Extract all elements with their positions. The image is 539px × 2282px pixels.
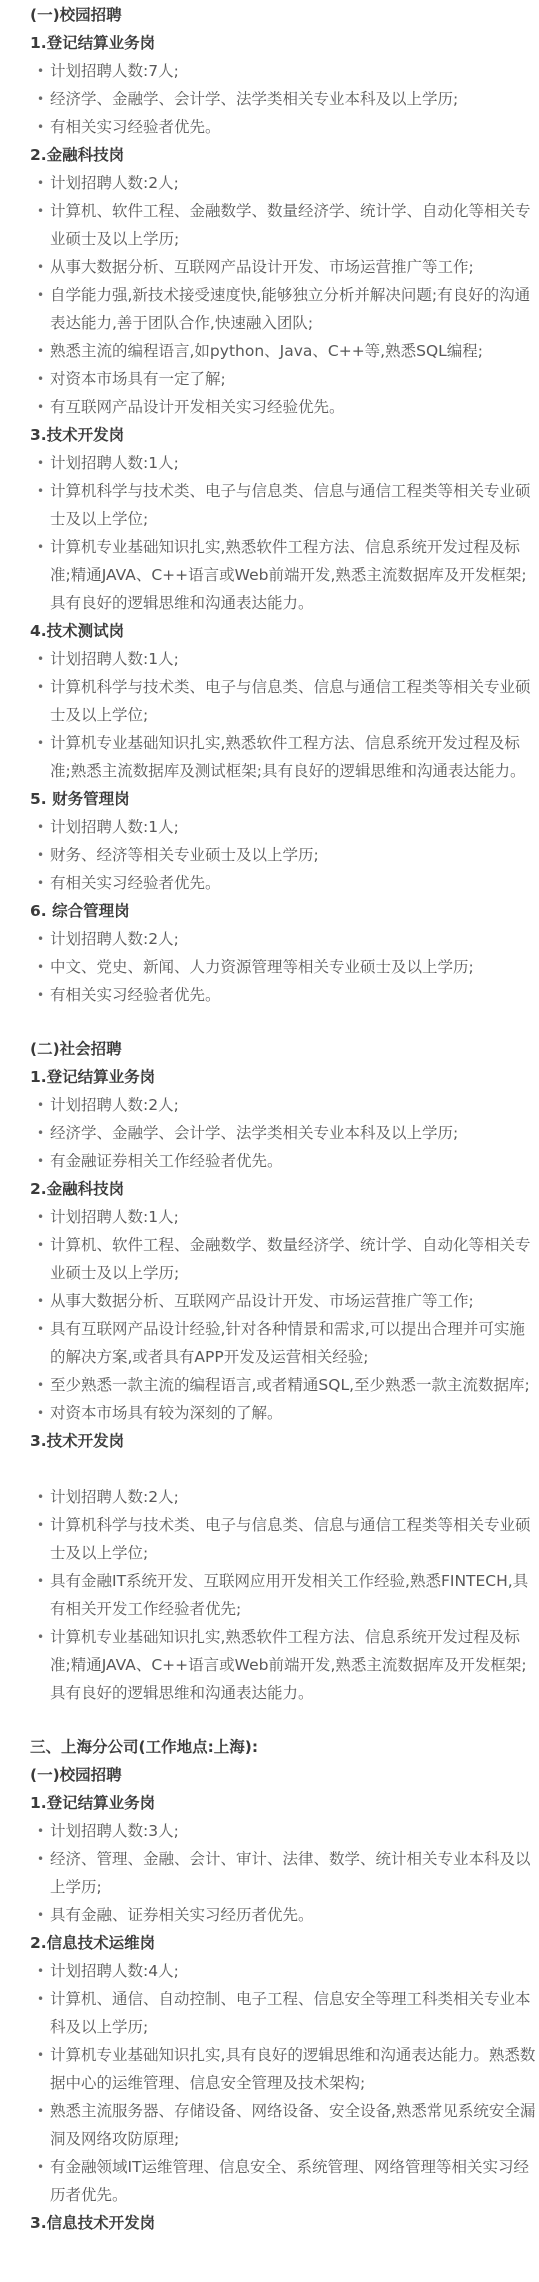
requirement-item: •计划招聘人数:7人;	[30, 57, 537, 85]
bullet-icon: •	[37, 365, 44, 393]
requirement-text: 有金融领域IT运维管理、信息安全、系统管理、网络管理等相关实习经历者优先。	[50, 2158, 529, 2204]
bullet-icon: •	[37, 841, 44, 869]
bullet-icon: •	[37, 2153, 44, 2181]
requirement-text: 从事大数据分析、互联网产品设计开发、市场运营推广等工作;	[50, 1292, 474, 1310]
bullet-icon: •	[37, 1957, 44, 1985]
requirement-item: •计划招聘人数:2人;	[30, 169, 537, 197]
requirement-item: •计划招聘人数:2人;	[30, 1483, 537, 1511]
requirement-text: 计算机科学与技术类、电子与信息类、信息与通信工程类等相关专业硕士及以上学位;	[50, 482, 531, 528]
requirement-item: •计划招聘人数:1人;	[30, 645, 537, 673]
requirement-item: •至少熟悉一款主流的编程语言,或者精通SQL,至少熟悉一款主流数据库;	[30, 1371, 537, 1399]
requirement-text: 有金融证券相关工作经验者优先。	[50, 1152, 283, 1170]
requirement-item: •计算机科学与技术类、电子与信息类、信息与通信工程类等相关专业硕士及以上学位;	[30, 1511, 537, 1567]
bullet-icon: •	[37, 869, 44, 897]
job-title: 3.技术开发岗	[30, 1427, 537, 1455]
requirement-text: 对资本市场具有一定了解;	[50, 370, 226, 388]
recruitment-document: (一)校园招聘1.登记结算业务岗•计划招聘人数:7人;•经济学、金融学、会计学、…	[0, 0, 539, 2282]
requirement-list: •计划招聘人数:3人;•经济、管理、金融、会计、审计、法律、数学、统计相关专业本…	[30, 1817, 537, 1929]
bullet-icon: •	[37, 1567, 44, 1595]
requirement-item: •计划招聘人数:1人;	[30, 1203, 537, 1231]
requirement-item: •具有互联网产品设计经验,针对各种情景和需求,可以提出合理并可实施的解决方案,或…	[30, 1315, 537, 1371]
job-title: 3.信息技术开发岗	[30, 2209, 537, 2237]
requirement-text: 熟悉主流的编程语言,如python、Java、C++等,熟悉SQL编程;	[50, 342, 483, 360]
requirement-item: •有相关实习经验者优先。	[30, 113, 537, 141]
requirement-text: 计算机专业基础知识扎实,熟悉软件工程方法、信息系统开发过程及标准;精通JAVA、…	[50, 1628, 527, 1702]
requirement-list: •计划招聘人数:7人;•经济学、金融学、会计学、法学类相关专业本科及以上学历;•…	[30, 57, 537, 141]
bullet-icon: •	[37, 169, 44, 197]
bullet-icon: •	[37, 1119, 44, 1147]
requirement-item: •从事大数据分析、互联网产品设计开发、市场运营推广等工作;	[30, 1287, 537, 1315]
requirement-list: •计划招聘人数:2人;•计算机、软件工程、金融数学、数量经济学、统计学、自动化等…	[30, 169, 537, 421]
requirement-text: 计划招聘人数:3人;	[50, 1822, 179, 1840]
requirement-text: 经济学、金融学、会计学、法学类相关专业本科及以上学历;	[50, 90, 458, 108]
requirement-item: •财务、经济等相关专业硕士及以上学历;	[30, 841, 537, 869]
requirement-item: •计划招聘人数:4人;	[30, 1957, 537, 1985]
bullet-icon: •	[37, 1203, 44, 1231]
requirement-item: •计划招聘人数:3人;	[30, 1817, 537, 1845]
requirement-item: •中文、党史、新闻、人力资源管理等相关专业硕士及以上学历;	[30, 953, 537, 981]
section-heading: (二)社会招聘	[30, 1035, 537, 1063]
job-title: 1.登记结算业务岗	[30, 29, 537, 57]
bullet-icon: •	[37, 85, 44, 113]
requirement-list: •计划招聘人数:1人;•计算机、软件工程、金融数学、数量经济学、统计学、自动化等…	[30, 1203, 537, 1427]
bullet-icon: •	[37, 197, 44, 225]
company-heading: 三、上海分公司(工作地点:上海):	[30, 1733, 537, 1761]
requirement-item: •计划招聘人数:2人;	[30, 925, 537, 953]
requirement-text: 计划招聘人数:1人;	[50, 650, 179, 668]
bullet-icon: •	[37, 113, 44, 141]
bullet-icon: •	[37, 1845, 44, 1873]
requirement-text: 经济学、金融学、会计学、法学类相关专业本科及以上学历;	[50, 1124, 458, 1142]
requirement-item: •经济学、金融学、会计学、法学类相关专业本科及以上学历;	[30, 1119, 537, 1147]
job-title: 4.技术测试岗	[30, 617, 537, 645]
requirement-item: •熟悉主流服务器、存储设备、网络设备、安全设备,熟悉常见系统安全漏洞及网络攻防原…	[30, 2097, 537, 2153]
requirement-item: •计算机、通信、自动控制、电子工程、信息安全等理工科类相关专业本科及以上学历;	[30, 1985, 537, 2041]
requirement-text: 计算机科学与技术类、电子与信息类、信息与通信工程类等相关专业硕士及以上学位;	[50, 1516, 531, 1562]
requirement-list: •计划招聘人数:1人;•计算机科学与技术类、电子与信息类、信息与通信工程类等相关…	[30, 449, 537, 617]
bullet-icon: •	[37, 1231, 44, 1259]
bullet-icon: •	[37, 981, 44, 1009]
requirement-item: •计算机、软件工程、金融数学、数量经济学、统计学、自动化等相关专业硕士及以上学历…	[30, 197, 537, 253]
requirement-text: 有相关实习经验者优先。	[50, 986, 221, 1004]
bullet-icon: •	[37, 253, 44, 281]
requirement-item: •对资本市场具有较为深刻的了解。	[30, 1399, 537, 1427]
requirement-text: 具有互联网产品设计经验,针对各种情景和需求,可以提出合理并可实施的解决方案,或者…	[50, 1320, 525, 1366]
requirement-text: 计算机、软件工程、金融数学、数量经济学、统计学、自动化等相关专业硕士及以上学历;	[50, 202, 531, 248]
requirement-text: 中文、党史、新闻、人力资源管理等相关专业硕士及以上学历;	[50, 958, 474, 976]
requirement-text: 计算机专业基础知识扎实,熟悉软件工程方法、信息系统开发过程及标准;熟悉主流数据库…	[50, 734, 525, 780]
requirement-text: 计算机专业基础知识扎实,熟悉软件工程方法、信息系统开发过程及标准;精通JAVA、…	[50, 538, 527, 612]
bullet-icon: •	[37, 953, 44, 981]
requirement-text: 具有金融IT系统开发、互联网应用开发相关工作经验,熟悉FINTECH,具有相关开…	[50, 1572, 528, 1618]
job-title: 2.金融科技岗	[30, 1175, 537, 1203]
job-title: 2.信息技术运维岗	[30, 1929, 537, 1957]
requirement-text: 计划招聘人数:1人;	[50, 1208, 179, 1226]
bullet-icon: •	[37, 1287, 44, 1315]
requirement-text: 经济、管理、金融、会计、审计、法律、数学、统计相关专业本科及以上学历;	[50, 1850, 531, 1896]
bullet-icon: •	[37, 2097, 44, 2125]
section-heading: (一)校园招聘	[30, 1, 537, 29]
requirement-item: •有金融证券相关工作经验者优先。	[30, 1147, 537, 1175]
requirement-text: 财务、经济等相关专业硕士及以上学历;	[50, 846, 319, 864]
requirement-text: 计划招聘人数:1人;	[50, 818, 179, 836]
requirement-list: •计划招聘人数:2人;•经济学、金融学、会计学、法学类相关专业本科及以上学历;•…	[30, 1091, 537, 1175]
bullet-icon: •	[37, 1511, 44, 1539]
requirement-list: •计划招聘人数:1人;•财务、经济等相关专业硕士及以上学历;•有相关实习经验者优…	[30, 813, 537, 897]
requirement-item: •具有金融、证券相关实习经历者优先。	[30, 1901, 537, 1929]
requirement-text: 计划招聘人数:7人;	[50, 62, 179, 80]
requirement-text: 熟悉主流服务器、存储设备、网络设备、安全设备,熟悉常见系统安全漏洞及网络攻防原理…	[50, 2102, 535, 2148]
requirement-item: •计算机科学与技术类、电子与信息类、信息与通信工程类等相关专业硕士及以上学位;	[30, 673, 537, 729]
requirement-item: •计算机专业基础知识扎实,熟悉软件工程方法、信息系统开发过程及标准;精通JAVA…	[30, 533, 537, 617]
requirement-list: •计划招聘人数:4人;•计算机、通信、自动控制、电子工程、信息安全等理工科类相关…	[30, 1957, 537, 2209]
bullet-icon: •	[37, 1371, 44, 1399]
requirement-text: 计算机、软件工程、金融数学、数量经济学、统计学、自动化等相关专业硕士及以上学历;	[50, 1236, 531, 1282]
bullet-icon: •	[37, 477, 44, 505]
bullet-icon: •	[37, 813, 44, 841]
requirement-item: •具有金融IT系统开发、互联网应用开发相关工作经验,熟悉FINTECH,具有相关…	[30, 1567, 537, 1623]
requirement-text: 对资本市场具有较为深刻的了解。	[50, 1404, 283, 1422]
requirement-item: •有相关实习经验者优先。	[30, 981, 537, 1009]
requirement-item: •有金融领域IT运维管理、信息安全、系统管理、网络管理等相关实习经历者优先。	[30, 2153, 537, 2209]
requirement-text: 计划招聘人数:2人;	[50, 1488, 179, 1506]
job-title: 5. 财务管理岗	[30, 785, 537, 813]
requirement-text: 计划招聘人数:2人;	[50, 1096, 179, 1114]
requirement-text: 有相关实习经验者优先。	[50, 874, 221, 892]
bullet-icon: •	[37, 645, 44, 673]
bullet-icon: •	[37, 533, 44, 561]
requirement-text: 从事大数据分析、互联网产品设计开发、市场运营推广等工作;	[50, 258, 474, 276]
requirement-item: •计算机专业基础知识扎实,具有良好的逻辑思维和沟通表达能力。熟悉数据中心的运维管…	[30, 2041, 537, 2097]
job-title: 3.技术开发岗	[30, 421, 537, 449]
requirement-text: 计划招聘人数:2人;	[50, 930, 179, 948]
requirement-item: •经济、管理、金融、会计、审计、法律、数学、统计相关专业本科及以上学历;	[30, 1845, 537, 1901]
requirement-item: •自学能力强,新技术接受速度快,能够独立分析并解决问题;有良好的沟通表达能力,善…	[30, 281, 537, 337]
requirement-item: •计算机、软件工程、金融数学、数量经济学、统计学、自动化等相关专业硕士及以上学历…	[30, 1231, 537, 1287]
requirement-item: •计算机科学与技术类、电子与信息类、信息与通信工程类等相关专业硕士及以上学位;	[30, 477, 537, 533]
bullet-icon: •	[37, 1315, 44, 1343]
bullet-icon: •	[37, 1985, 44, 2013]
bullet-icon: •	[37, 729, 44, 757]
requirement-text: 计划招聘人数:2人;	[50, 174, 179, 192]
requirement-list: •计划招聘人数:1人;•计算机科学与技术类、电子与信息类、信息与通信工程类等相关…	[30, 645, 537, 785]
requirement-text: 有互联网产品设计开发相关实习经验优先。	[50, 398, 345, 416]
bullet-icon: •	[37, 1817, 44, 1845]
requirement-text: 自学能力强,新技术接受速度快,能够独立分析并解决问题;有良好的沟通表达能力,善于…	[50, 286, 530, 332]
job-title: 2.金融科技岗	[30, 141, 537, 169]
job-title: 1.登记结算业务岗	[30, 1789, 537, 1817]
requirement-item: •计划招聘人数:1人;	[30, 813, 537, 841]
bullet-icon: •	[37, 337, 44, 365]
bullet-icon: •	[37, 1399, 44, 1427]
job-title: 6. 综合管理岗	[30, 897, 537, 925]
bullet-icon: •	[37, 2041, 44, 2069]
requirement-item: •有互联网产品设计开发相关实习经验优先。	[30, 393, 537, 421]
requirement-item: •熟悉主流的编程语言,如python、Java、C++等,熟悉SQL编程;	[30, 337, 537, 365]
requirement-item: •经济学、金融学、会计学、法学类相关专业本科及以上学历;	[30, 85, 537, 113]
requirement-text: 具有金融、证券相关实习经历者优先。	[50, 1906, 314, 1924]
job-title: 1.登记结算业务岗	[30, 1063, 537, 1091]
requirement-text: 至少熟悉一款主流的编程语言,或者精通SQL,至少熟悉一款主流数据库;	[50, 1376, 530, 1394]
requirement-item: •从事大数据分析、互联网产品设计开发、市场运营推广等工作;	[30, 253, 537, 281]
bullet-icon: •	[37, 1483, 44, 1511]
bullet-icon: •	[37, 57, 44, 85]
requirement-list: •计划招聘人数:2人;•中文、党史、新闻、人力资源管理等相关专业硕士及以上学历;…	[30, 925, 537, 1009]
requirement-text: 计划招聘人数:1人;	[50, 454, 179, 472]
bullet-icon: •	[37, 281, 44, 309]
requirement-text: 计划招聘人数:4人;	[50, 1962, 179, 1980]
requirement-text: 计算机专业基础知识扎实,具有良好的逻辑思维和沟通表达能力。熟悉数据中心的运维管理…	[50, 2046, 535, 2092]
bullet-icon: •	[37, 449, 44, 477]
bullet-icon: •	[37, 1901, 44, 1929]
bullet-icon: •	[37, 925, 44, 953]
section-heading: (一)校园招聘	[30, 1761, 537, 1789]
requirement-item: •计划招聘人数:2人;	[30, 1091, 537, 1119]
bullet-icon: •	[37, 673, 44, 701]
bullet-icon: •	[37, 393, 44, 421]
requirement-item: •有相关实习经验者优先。	[30, 869, 537, 897]
bullet-icon: •	[37, 1091, 44, 1119]
requirement-item: •对资本市场具有一定了解;	[30, 365, 537, 393]
bullet-icon: •	[37, 1147, 44, 1175]
requirement-list: •计划招聘人数:2人;•计算机科学与技术类、电子与信息类、信息与通信工程类等相关…	[30, 1483, 537, 1707]
requirement-item: •计算机专业基础知识扎实,熟悉软件工程方法、信息系统开发过程及标准;精通JAVA…	[30, 1623, 537, 1707]
requirement-text: 有相关实习经验者优先。	[50, 118, 221, 136]
requirement-item: •计算机专业基础知识扎实,熟悉软件工程方法、信息系统开发过程及标准;熟悉主流数据…	[30, 729, 537, 785]
bullet-icon: •	[37, 1623, 44, 1651]
requirement-text: 计算机科学与技术类、电子与信息类、信息与通信工程类等相关专业硕士及以上学位;	[50, 678, 531, 724]
requirement-item: •计划招聘人数:1人;	[30, 449, 537, 477]
requirement-text: 计算机、通信、自动控制、电子工程、信息安全等理工科类相关专业本科及以上学历;	[50, 1990, 531, 2036]
